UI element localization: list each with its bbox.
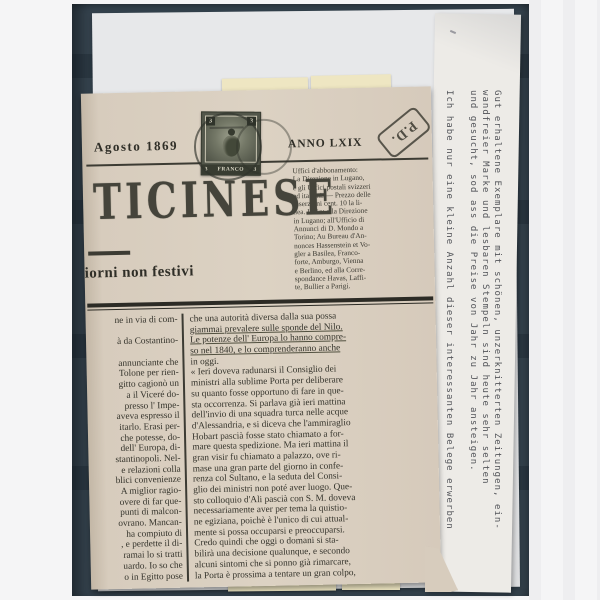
typed-note-line	[455, 90, 467, 552]
postmark-circle-icon	[235, 118, 292, 175]
subscription-info-line: te, Bullier a Parigi.	[295, 282, 387, 292]
typed-note-line: wandfreier Marke und lesbaren Stempeln s…	[479, 90, 491, 552]
typed-note-line: und gesucht, sod ass die Preise von Jahr…	[467, 90, 479, 552]
masthead-title-text: TICINESE	[93, 172, 338, 229]
pd-handstamp: P.D.	[375, 105, 432, 159]
body-line: ne in via di com-	[88, 315, 178, 328]
masthead-title: TICINESE	[93, 171, 424, 230]
column-divider	[181, 314, 188, 582]
body-line: à da Costantino-	[88, 336, 178, 349]
title-dash	[88, 251, 130, 256]
body-right-column: che una autorità diversa dalla sua possa…	[189, 309, 439, 581]
newspaper-date: Agosto 1869	[94, 138, 178, 156]
newspaper-clipping: Agosto 1869 ANNO LXIX Uffici d'abbonamen…	[81, 86, 441, 589]
page: { "photo": { "backdrop_color": "#35434e"…	[0, 0, 600, 600]
typed-note-text: Gut erhaltene Exemplare mit schönen, unz…	[443, 90, 503, 552]
publication-days: iorni non festivi	[84, 263, 194, 282]
typed-note-line: Gut erhaltene Exemplare mit schönen, unz…	[491, 90, 503, 552]
newspaper-anno: ANNO LXIX	[288, 137, 363, 151]
background-streaks	[529, 0, 600, 600]
body-left-column: ne in via di com-à da Costantino-annunci…	[88, 315, 184, 584]
typed-note-line: Ich habe nur eine kleine Anzahl dieser i…	[443, 90, 455, 552]
body-line: o in Egitto pose	[93, 571, 183, 584]
